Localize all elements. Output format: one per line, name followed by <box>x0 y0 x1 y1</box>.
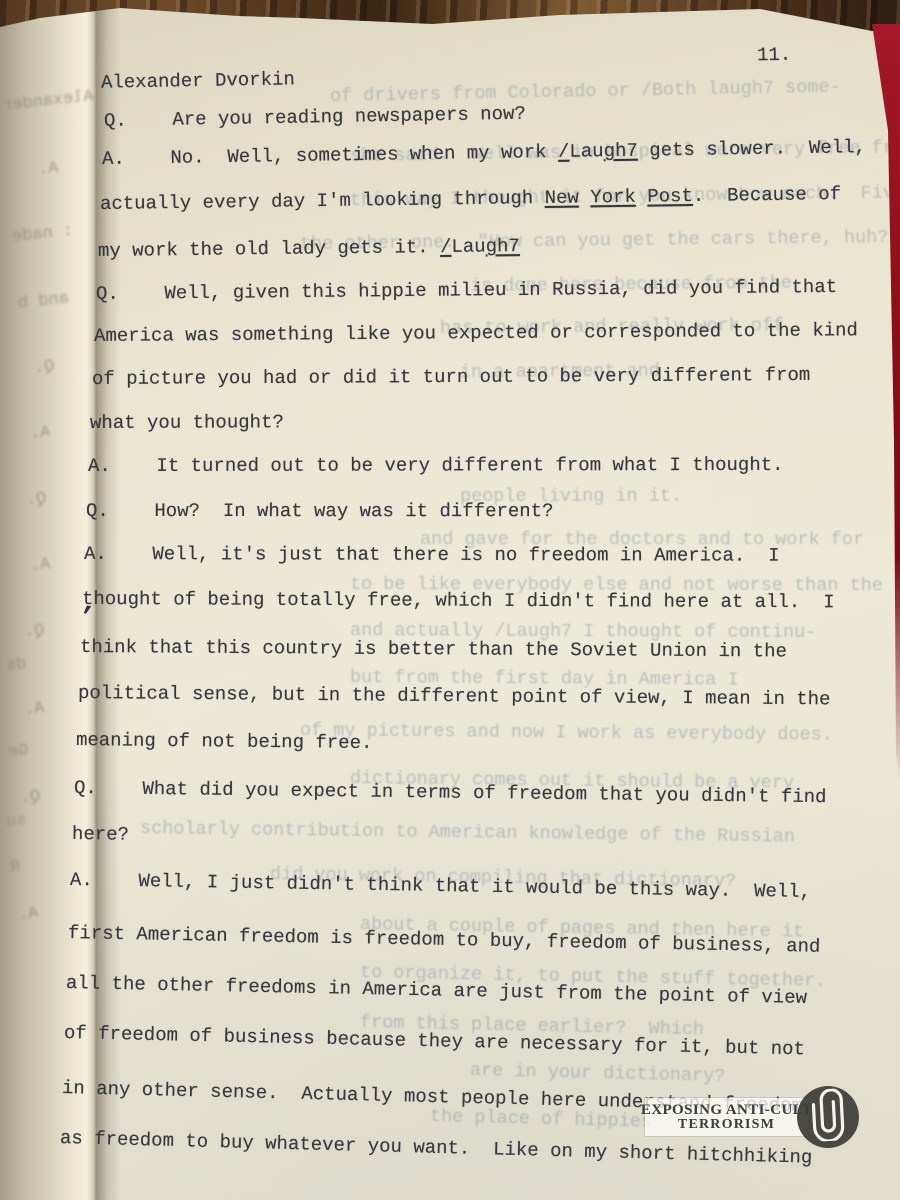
ghost-text-line: in a apartment and <box>460 361 660 383</box>
watermark-line1: EXPOSING ANTI-CULT <box>641 1102 812 1118</box>
transcript-line: political sense, but in the different po… <box>78 682 831 710</box>
photo-vignette <box>0 0 900 1200</box>
ghost-text-line: is done here because from the <box>470 273 792 297</box>
transcript-line: of freedom of business because they are … <box>64 1022 805 1060</box>
red-cover-edge <box>870 24 900 784</box>
ghost-text-line: dictionary comes out it should be a very <box>350 768 794 794</box>
page-gutter-shadow <box>97 0 121 1200</box>
ghost-text-line: has to work and really work off <box>440 315 784 339</box>
watermark-label: EXPOSING ANTI-CULT TERRORISM <box>645 1098 808 1136</box>
ghost-text-line: about a couple of pages and then here it <box>360 914 804 943</box>
ghost-text-line: and actually /Laugh7 I thought of contin… <box>350 620 816 643</box>
wood-table-strip <box>0 0 900 40</box>
ghost-text-line: scholarly contribution to American knowl… <box>140 818 795 847</box>
ghost-text-line: the other one. "How can you get the cars… <box>300 226 900 255</box>
transcript-line: think that this country is better than t… <box>80 636 787 662</box>
transcript-line: of picture you had or did it turn out to… <box>92 364 810 390</box>
ghost-text-line: but from the first day in America I <box>350 667 739 691</box>
ghost-text-line: are in your dictionary? <box>470 1060 726 1087</box>
transcript-line: Q. How? In what way was it different? <box>86 500 553 522</box>
transcript-line: Q. What did you expect in terms of freed… <box>74 777 827 808</box>
paperclip-icon <box>811 1089 845 1146</box>
watermark-badge <box>797 1086 859 1148</box>
ghost-text-line: the place of hippies <box>430 1106 653 1133</box>
ghost-text-line: did you work on compiling that dictionar… <box>270 864 737 892</box>
transcript-line: Q. Are you reading newspapers now? <box>104 103 526 132</box>
ghost-text-line: she said. Well was in hospital were very… <box>350 136 900 167</box>
ghost-text-line: of my pictures and now I work as everybo… <box>300 720 833 746</box>
ghost-text-line: and gave for the doctors and to work for <box>420 529 864 550</box>
ghost-text-line: to organize it, to put the stuff togethe… <box>360 962 827 992</box>
transcript-line: A. Well, I just didn't think that it wou… <box>70 869 811 903</box>
transcript-line: A. It turned out to be very different fr… <box>88 454 784 477</box>
transcript-line: Q. Well, given this hippie milieu in Rus… <box>96 276 837 305</box>
document-photo: AlexanderA.: nadeand bQ.A.Q.A.Q.dsA.GeQ.… <box>0 0 900 1200</box>
ghost-text-layer: of drivers from Colorado or /Both laugh7… <box>0 0 900 1200</box>
transcript-line: A. No. Well, sometimes when my work /Lau… <box>102 136 866 170</box>
page-number: 11. <box>757 44 792 67</box>
watermark-line2: TERRORISM <box>678 1118 775 1133</box>
transcript-line: actually every day I'm looking through N… <box>100 183 841 215</box>
ghost-text-line: of drivers from Colorado or /Both laugh7… <box>330 77 841 107</box>
transcript-line: thought of being totally free, which I d… <box>82 588 835 613</box>
transcript-line: my work the old lady gets it. /Laugh7 <box>98 235 520 262</box>
transcript: Q. Are you reading newspapers now?A. No.… <box>0 0 900 1200</box>
transcript-line: all the other freedoms in America are ju… <box>66 972 807 1009</box>
transcript-line: first American freedom is freedom to buy… <box>68 922 821 958</box>
transcript-line: America was something like you expected … <box>94 319 858 347</box>
ghost-text-line: people living in it. <box>460 486 682 507</box>
margin-bleed-layer: AlexanderA.: nadeand bQ.A.Q.A.Q.dsA.GeQ.… <box>0 0 900 1200</box>
ghost-text-line: this way I thought it for you know how m… <box>350 181 900 211</box>
ghost-text-line: from this place earlier? Which <box>360 1012 705 1040</box>
transcript-line: A. Well, it's just that there is no free… <box>84 543 780 567</box>
ghost-text-line: to be like everybody else and not worse … <box>350 574 883 596</box>
speaker-name: Alexander Dvorkin <box>101 68 295 93</box>
